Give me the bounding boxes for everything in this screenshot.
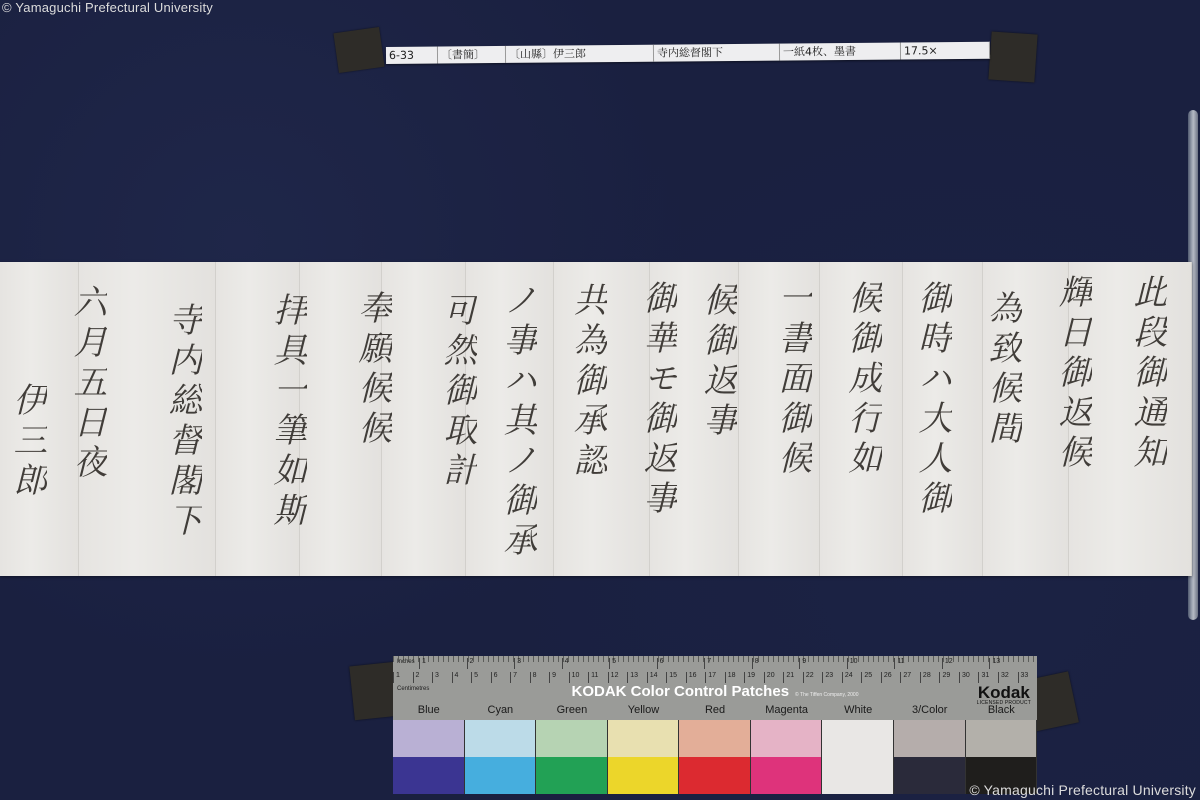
inch-tick: 11: [894, 658, 942, 669]
card-title: KODAK Color Control Patches© The Tiffen …: [393, 683, 1037, 700]
color-patches: [393, 720, 1037, 794]
cm-tick: 22: [803, 672, 823, 683]
color-patch: [393, 720, 465, 794]
cm-tick: 6: [491, 672, 511, 683]
cm-tick: 4: [452, 672, 472, 683]
label-cell: 寺内総督閣下: [654, 44, 780, 62]
calligraphy-column: 御華モ御返事: [640, 280, 674, 520]
calligraphy-column: 六月五日夜: [70, 284, 104, 484]
patch-label: Magenta: [751, 704, 823, 716]
color-patch: [679, 720, 751, 794]
cm-tick: 16: [686, 672, 706, 683]
cm-tick: 21: [783, 672, 803, 683]
copyright-watermark-top: © Yamaguchi Prefectural University: [2, 0, 213, 15]
cm-tick: 14: [647, 672, 667, 683]
calligraphy-column: 可然御取計: [440, 292, 474, 492]
calligraphy-column: 奉願候候: [355, 290, 389, 450]
cm-tick: 2: [413, 672, 433, 683]
cm-tick: 9: [549, 672, 569, 683]
patch-solid: [536, 757, 607, 794]
copyright-watermark-bottom: © Yamaguchi Prefectural University: [969, 782, 1196, 798]
calligraphy-column: 伊三郎: [10, 382, 44, 502]
card-title-text: KODAK Color Control Patches: [572, 683, 790, 700]
patch-label: 3/Color: [894, 704, 966, 716]
cm-tick: 20: [764, 672, 784, 683]
patch-tint: [679, 720, 750, 757]
cm-tick: 25: [861, 672, 881, 683]
cm-tick: 17: [705, 672, 725, 683]
inch-tick: 10: [847, 658, 895, 669]
patch-solid: [679, 757, 750, 794]
label-cell: 17.5×: [901, 42, 990, 60]
cm-tick: 33: [1018, 672, 1038, 683]
inch-tick: 1: [419, 658, 467, 669]
patch-solid: [393, 757, 464, 794]
calligraphy-column: 拝具一筆如斯: [270, 292, 304, 532]
patch-label: Black: [966, 704, 1038, 716]
patch-solid: [822, 757, 893, 794]
cm-tick: 29: [939, 672, 959, 683]
inch-tick: 12: [942, 658, 990, 669]
cm-tick: 7: [510, 672, 530, 683]
cm-tick: 3: [432, 672, 452, 683]
inch-tick: 2: [467, 658, 515, 669]
cm-tick: 27: [900, 672, 920, 683]
cm-tick: 15: [666, 672, 686, 683]
patch-tint: [465, 720, 536, 757]
cm-tick: 8: [530, 672, 550, 683]
ruler-inch-ticks: 12345678910111213: [393, 658, 1037, 669]
label-cell: 〔山縣〕伊三郎: [506, 45, 654, 63]
calligraphy-column: 候御返事: [700, 282, 734, 442]
patch-tint: [894, 720, 965, 757]
calligraphy-column: 為致候間: [985, 290, 1019, 450]
patch-tint: [822, 720, 893, 757]
inch-tick: 6: [657, 658, 705, 669]
patch-tint: [966, 720, 1037, 757]
cm-tick: 1: [393, 672, 413, 683]
patch-solid: [608, 757, 679, 794]
calligraphy-column: 輝日御返候: [1055, 274, 1089, 474]
calligraphy-column: 御時ハ大人御: [915, 280, 949, 520]
patch-label: Yellow: [608, 704, 680, 716]
label-cell: 一紙4枚、墨書: [780, 43, 901, 61]
ruler-cm-ticks: 1234567891011121314151617181920212223242…: [393, 672, 1037, 683]
patch-tint: [608, 720, 679, 757]
patch-labels: BlueCyanGreenYellowRedMagentaWhite3/Colo…: [393, 704, 1037, 716]
calligraphy-column: 此段御通知: [1130, 274, 1164, 474]
cm-tick: 30: [959, 672, 979, 683]
color-patch: [465, 720, 537, 794]
inch-tick: 5: [609, 658, 657, 669]
inch-tick: 7: [704, 658, 752, 669]
patch-solid: [751, 757, 822, 794]
calligraphy-column: 候御成行如: [845, 280, 879, 480]
patch-tint: [751, 720, 822, 757]
calligraphy-column: 共為御承認: [570, 282, 604, 482]
inch-tick: 8: [752, 658, 800, 669]
cm-tick: 18: [725, 672, 745, 683]
patch-label: Red: [679, 704, 751, 716]
patch-tint: [536, 720, 607, 757]
patch-label: Green: [536, 704, 608, 716]
cm-tick: 11: [588, 672, 608, 683]
patch-tint: [393, 720, 464, 757]
cm-tick: 24: [842, 672, 862, 683]
inch-tick: 4: [562, 658, 610, 669]
tape-top-right: [988, 31, 1037, 82]
patch-solid: [894, 757, 965, 794]
cm-tick: 23: [822, 672, 842, 683]
calligraphy-column: 一書面御候: [775, 280, 809, 480]
color-patch: [536, 720, 608, 794]
cm-tick: 19: [744, 672, 764, 683]
tape-top-left: [333, 27, 384, 73]
cm-tick: 32: [998, 672, 1018, 683]
kodak-logo: Kodak LICENSED PRODUCT: [977, 684, 1031, 706]
catalog-label: 6-33〔書簡〕〔山縣〕伊三郎寺内総督閣下一紙4枚、墨書17.5×: [386, 42, 990, 64]
label-cell: 〔書簡〕: [438, 46, 506, 64]
cm-tick: 31: [978, 672, 998, 683]
patch-solid: [465, 757, 536, 794]
patch-label: Blue: [393, 704, 465, 716]
inch-tick: 9: [799, 658, 847, 669]
card-copyright: © The Tiffen Company, 2000: [795, 692, 858, 698]
cm-tick: 5: [471, 672, 491, 683]
calligraphy-column: 寺内総督閣下: [165, 302, 199, 542]
label-cell: 6-33: [386, 47, 438, 64]
patch-label: Cyan: [465, 704, 537, 716]
color-patch: [608, 720, 680, 794]
cm-tick: 26: [881, 672, 901, 683]
cm-tick: 12: [608, 672, 628, 683]
calligraphy-column: ノ事ハ其ノ御承: [500, 282, 534, 562]
kodak-color-card: Inches 12345678910111213 123456789101112…: [393, 656, 1037, 794]
cm-tick: 10: [569, 672, 589, 683]
ruler: Inches 12345678910111213 123456789101112…: [393, 656, 1037, 686]
color-patch: [751, 720, 823, 794]
cm-tick: 28: [920, 672, 940, 683]
inch-tick: 3: [514, 658, 562, 669]
letter-document: 伊三郎六月五日夜寺内総督閣下拝具一筆如斯奉願候候可然御取計ノ事ハ其ノ御承共為御承…: [0, 262, 1192, 576]
color-patch: [894, 720, 966, 794]
cm-tick: 13: [627, 672, 647, 683]
color-patch: [822, 720, 894, 794]
inch-tick: 13: [989, 658, 1037, 669]
patch-label: White: [822, 704, 894, 716]
